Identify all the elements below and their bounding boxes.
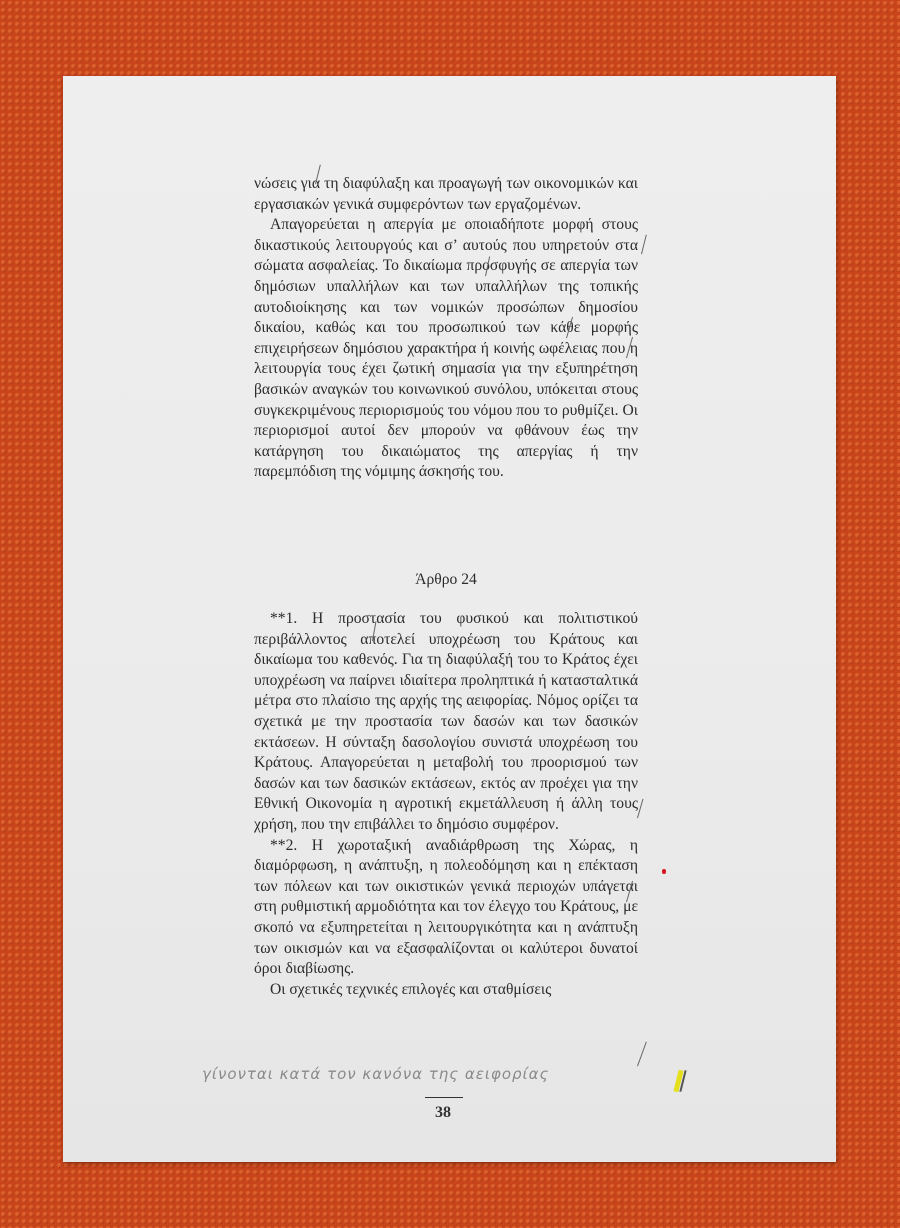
article-heading: Άρθρο 24 <box>254 571 638 589</box>
paragraph-1: νώσεις για τη διαφύλαξη και προαγωγή των… <box>254 174 638 215</box>
paragraph-article-2: **2. Η χωροταξική αναδιάρθρωση της Χώρας… <box>254 836 638 980</box>
pencil-mark <box>641 235 647 255</box>
page-number: 38 <box>403 1104 483 1122</box>
document-page: νώσεις για τη διαφύλαξη και προαγωγή των… <box>63 76 836 1162</box>
pencil-mark <box>637 799 644 819</box>
text-block-top: νώσεις για τη διαφύλαξη και προαγωγή των… <box>254 174 638 483</box>
paragraph-2: Απαγορεύεται η απεργία με οποιαδήποτε μο… <box>254 215 638 483</box>
handwritten-note: γίνονται κατά τον κανόνα της αειφορίας <box>202 1065 549 1083</box>
pencil-mark <box>637 1042 647 1067</box>
footer-rule <box>425 1097 463 1098</box>
text-block-article: **1. Η προστασία του φυσικού και πολιτισ… <box>254 609 638 1000</box>
red-dot <box>662 869 666 874</box>
paragraph-article-3: Οι σχετικές τεχνικές επιλογές και σταθμί… <box>254 980 638 1001</box>
paragraph-article-1: **1. Η προστασία του φυσικού και πολιτισ… <box>254 609 638 836</box>
